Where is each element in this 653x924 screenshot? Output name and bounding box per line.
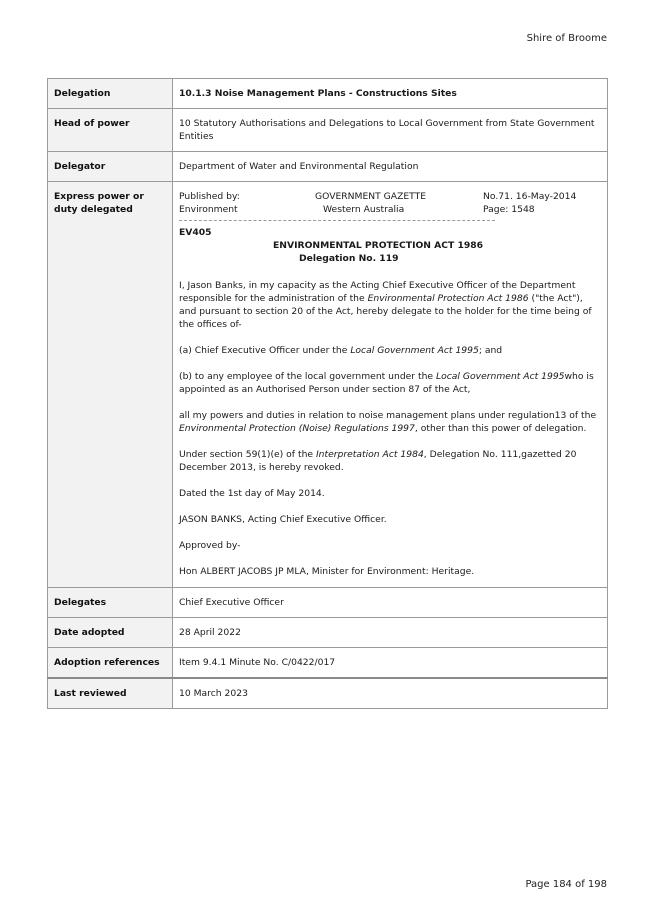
row-express-power: Express power or duty delegated Publishe… [48, 182, 608, 588]
gazette-title-line2: Western Australia [315, 203, 483, 216]
value-adoption-references: Item 9.4.1 Minute No. C/0422/017 [173, 648, 608, 679]
row-last-reviewed: Last reviewed 10 March 2023 [48, 678, 608, 709]
label-adoption-references: Adoption references [48, 648, 173, 679]
paragraph-dated: Dated the 1st day of May 2014. [179, 487, 601, 500]
gazette-number-date: No.71. 16-May-2014 [483, 190, 601, 203]
row-adoption-references: Adoption references Item 9.4.1 Minute No… [48, 648, 608, 679]
label-last-reviewed: Last reviewed [48, 678, 173, 709]
act-name-italic: Local Government Act 1995 [350, 345, 479, 356]
text: all my powers and duties in relation to … [179, 410, 596, 421]
value-delegation: 10.1.3 Noise Management Plans - Construc… [173, 79, 608, 109]
paragraph-revocation: Under section 59(1)(e) of the Interpreta… [179, 448, 601, 474]
label-delegates: Delegates [48, 588, 173, 618]
label-delegator: Delegator [48, 152, 173, 182]
gazette-reference: No.71. 16-May-2014 Page: 1548 [483, 190, 601, 216]
label-express-power: Express power or duty delegated [48, 182, 173, 588]
text: , other than this power of delegation. [415, 423, 587, 434]
act-name-italic: Local Government Act 1995 [436, 371, 565, 382]
paragraph-office-b: (b) to any employee of the local governm… [179, 370, 601, 396]
value-last-reviewed: 10 March 2023 [173, 678, 608, 709]
gazette-title-line1: GOVERNMENT GAZETTE [315, 190, 483, 203]
dashed-divider [179, 220, 495, 221]
act-title: ENVIRONMENTAL PROTECTION ACT 1986 [179, 239, 601, 252]
published-by-value: Environment [179, 203, 315, 216]
ev-code: EV405 [179, 226, 601, 239]
paragraph-instrument: I, Jason Banks, in my capacity as the Ac… [179, 279, 601, 331]
value-date-adopted: 28 April 2022 [173, 618, 608, 648]
value-delegates: Chief Executive Officer [173, 588, 608, 618]
row-head-of-power: Head of power 10 Statutory Authorisation… [48, 109, 608, 152]
text: Under section 59(1)(e) of the [179, 449, 316, 460]
text: (b) to any employee of the local governm… [179, 371, 436, 382]
gazette-title: GOVERNMENT GAZETTE Western Australia [315, 190, 483, 216]
value-delegator: Department of Water and Environmental Re… [173, 152, 608, 182]
paragraph-powers: all my powers and duties in relation to … [179, 409, 601, 435]
text: ; and [479, 345, 502, 356]
label-date-adopted: Date adopted [48, 618, 173, 648]
gazette-header: Published by: Environment GOVERNMENT GAZ… [179, 190, 601, 216]
row-delegation: Delegation 10.1.3 Noise Management Plans… [48, 79, 608, 109]
paragraph-signatory: JASON BANKS, Acting Chief Executive Offi… [179, 513, 601, 526]
row-delegator: Delegator Department of Water and Enviro… [48, 152, 608, 182]
page-number: Page 184 of 198 [525, 879, 607, 890]
delegation-table: Delegation 10.1.3 Noise Management Plans… [47, 78, 608, 709]
paragraph-approved-by: Approved by- [179, 539, 601, 552]
act-name-italic: Environmental Protection Act 1986 [368, 293, 529, 304]
paragraph-minister: Hon ALBERT JACOBS JP MLA, Minister for E… [179, 565, 601, 578]
label-head-of-power: Head of power [48, 109, 173, 152]
page-header-organisation: Shire of Broome [527, 33, 607, 44]
act-name-italic: Interpretation Act 1984 [316, 449, 424, 460]
value-express-power: Published by: Environment GOVERNMENT GAZ… [173, 182, 608, 588]
row-date-adopted: Date adopted 28 April 2022 [48, 618, 608, 648]
label-delegation: Delegation [48, 79, 173, 109]
gazette-publisher: Published by: Environment [179, 190, 315, 216]
gazette-page: Page: 1548 [483, 203, 601, 216]
paragraph-office-a: (a) Chief Executive Officer under the Lo… [179, 344, 601, 357]
published-by-label: Published by: [179, 190, 315, 203]
text: (a) Chief Executive Officer under the [179, 345, 350, 356]
row-delegates: Delegates Chief Executive Officer [48, 588, 608, 618]
delegation-number: Delegation No. 119 [179, 252, 601, 265]
value-head-of-power: 10 Statutory Authorisations and Delegati… [173, 109, 608, 152]
regulation-name-italic: Environmental Protection (Noise) Regulat… [179, 423, 415, 434]
